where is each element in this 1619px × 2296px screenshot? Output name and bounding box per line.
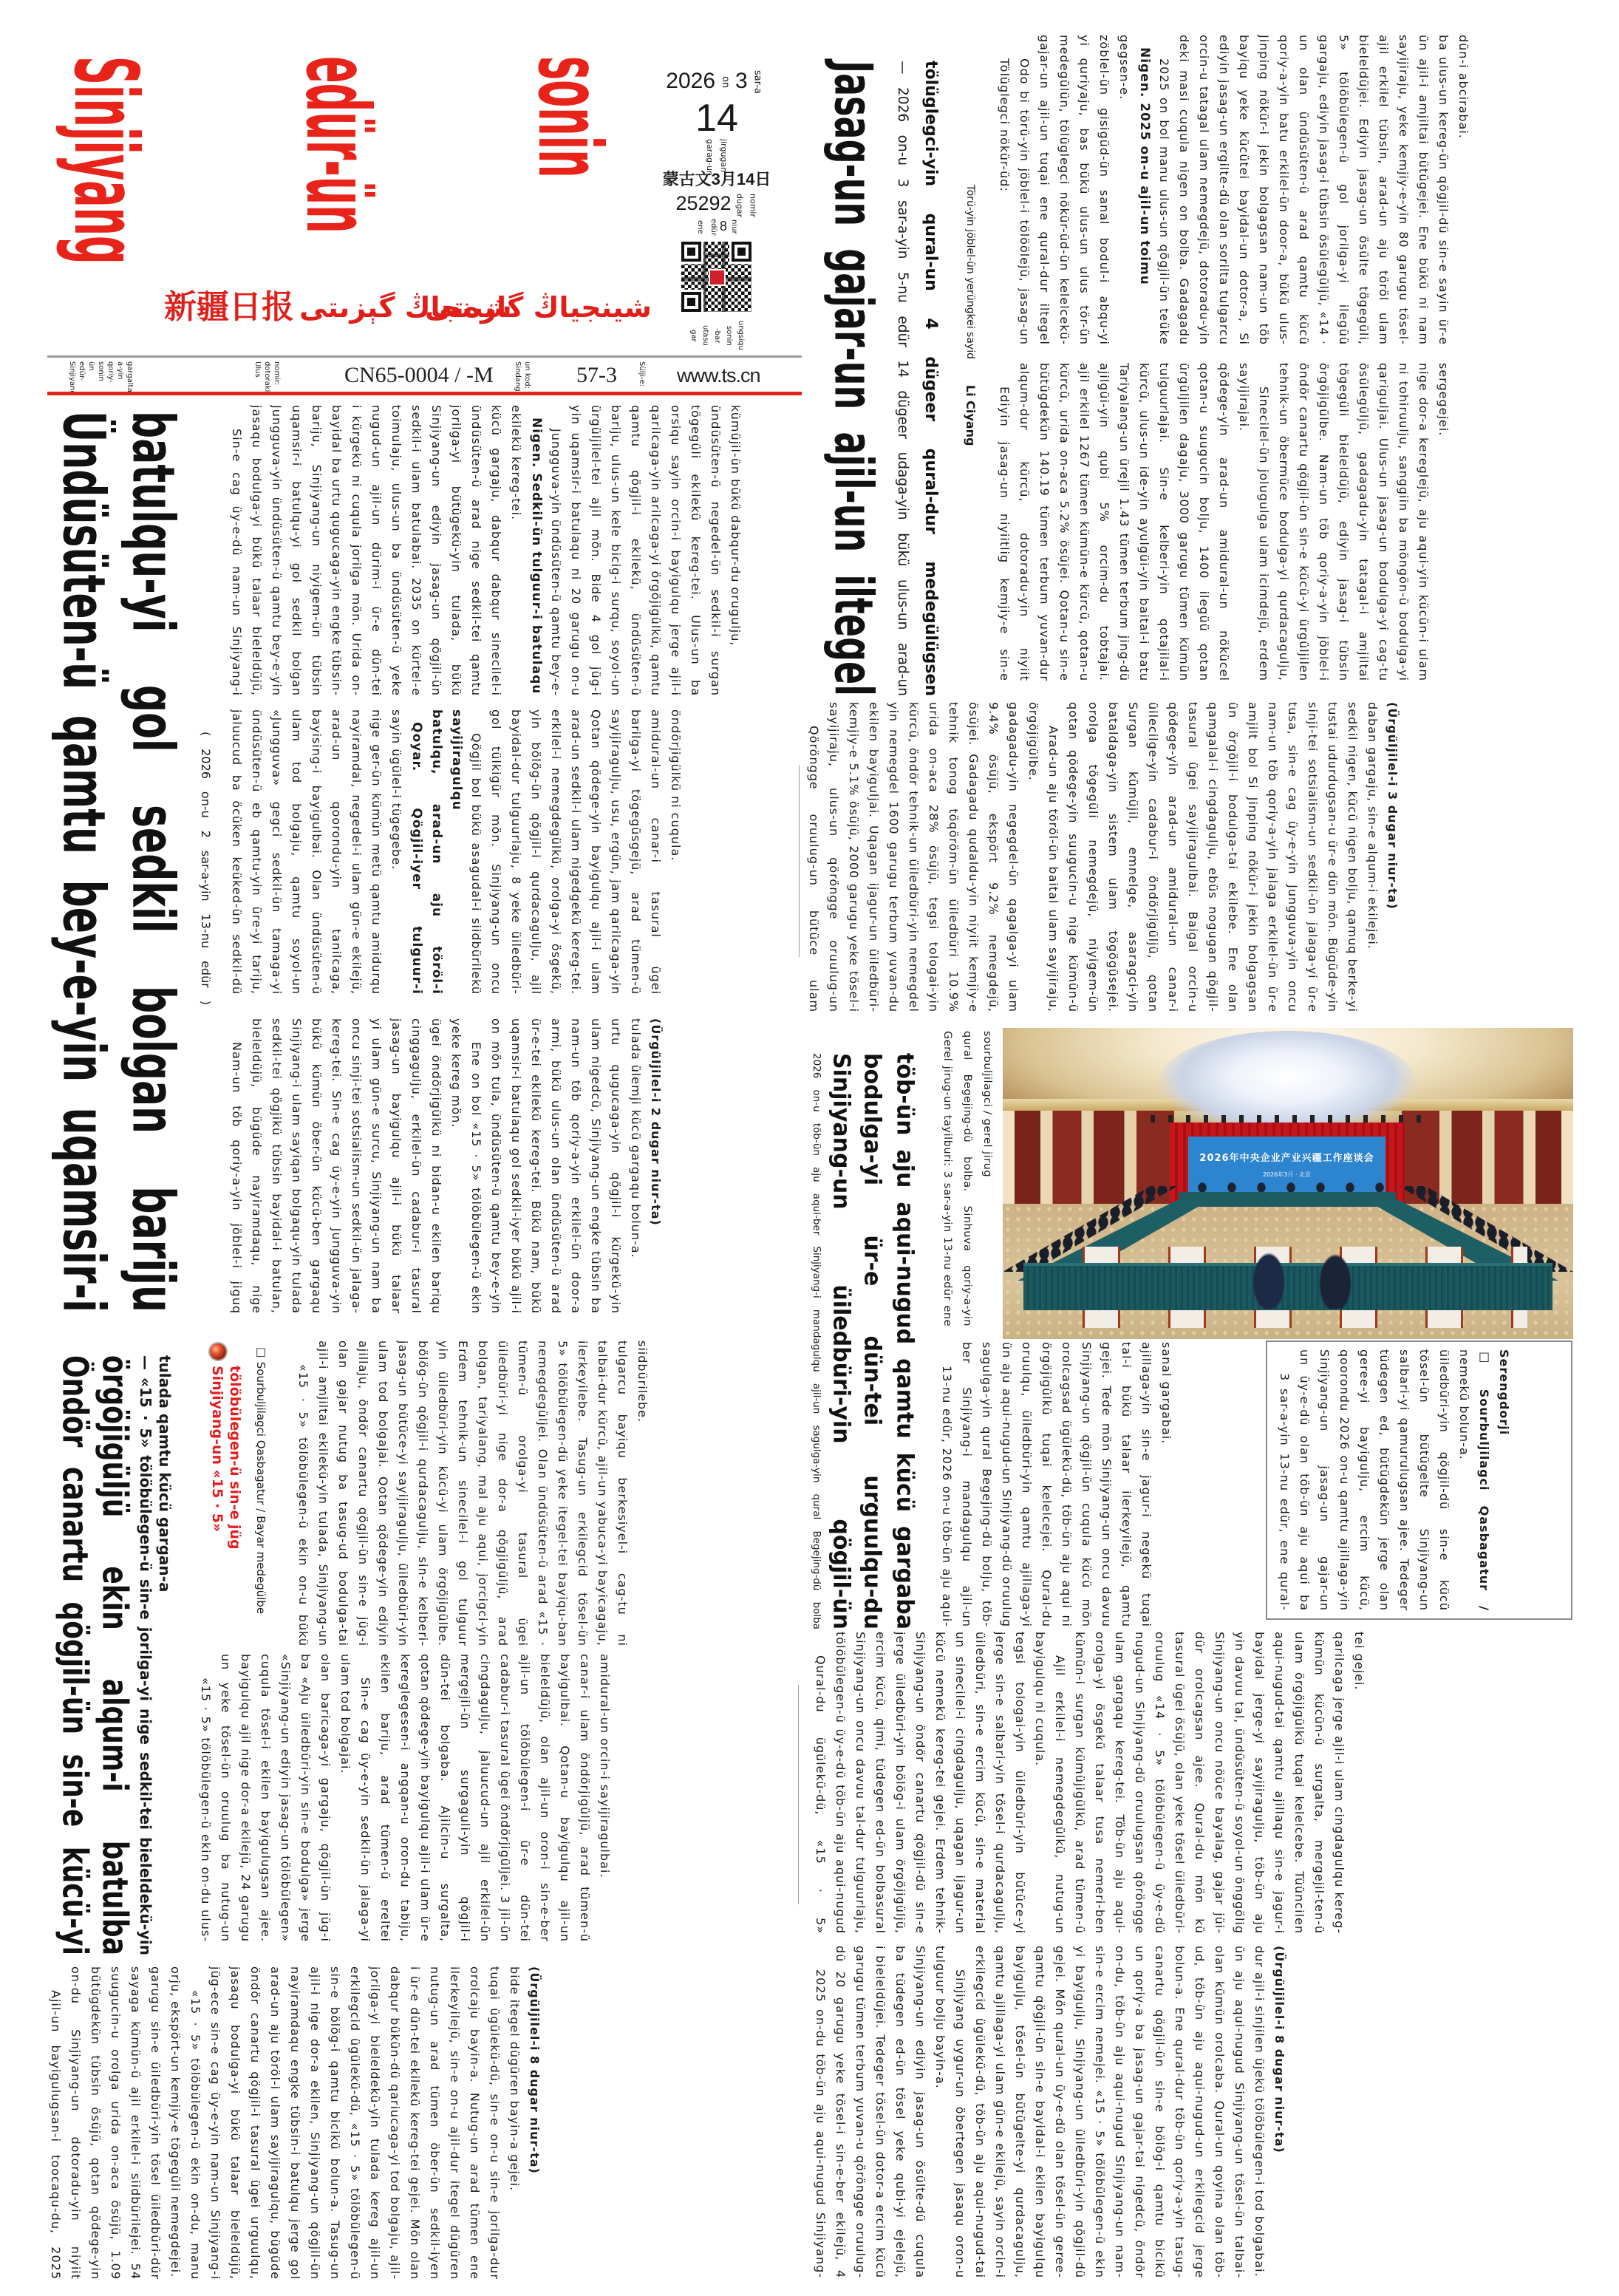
headline: töb-ün aju aqui-nugud qamtu kücü gargaba [891,1053,918,1629]
paragraph: Sinjiyang uygur-un öbertegen jasaqu oron… [950,1946,1269,2278]
subtitle: — «15 · 5» tölöbülegen-ü sin-e jorilga-y… [136,1355,176,1955]
publisher-label: Sinjiyang edür-ün sonin qoriy-a-yin garg… [67,361,222,389]
paragraph: Qögjil bol bükü asagudal-i siidbürilekü … [466,709,686,995]
byline-name: Li Ciyang [964,385,978,446]
date-day: 14 [644,98,789,139]
body-text-row: Tölüglegci nökür-üd: Odo bi törü-yin jöb… [995,35,1573,345]
body-text-row: 13-nu edür, 2026 on-u töb-ün aju aqui-be… [937,1342,1261,1627]
paragraph: 3 sar-a-yin 13-nu edür, ene qural-un üy-… [1275,1349,1474,1611]
headline: Sinjiyang-un üiledbüri-yin qögjil-ün [828,1053,854,1629]
kicker: 2026 on-u töb-ün aju aqui-ber Sinjiyang-… [808,1053,825,1629]
continued-note: (Ürgüljilel-i 8 dugar niur-ta) [525,1966,545,2280]
continued-note: (Ürgüljilel-i 3 dugar niur-ta) [1383,702,1402,1012]
body-text-row: «15 · 5» tölöbülegen-ü ekin on-du ulus-u… [196,1654,790,1942]
masthead-kazakh-name: شينجياڭ گازەتى [425,287,652,328]
paragraph: «15 · 5» tölöbülegen-ü ekin on-du ulus-u… [196,1654,355,1942]
qr-finder [681,242,701,262]
body-text-row: jaluucud ba öcüken keüked-ün sedkil-dü ü… [227,709,792,995]
masthead-title-word: Sinjiyang [58,56,152,272]
byline-title: Törü-yin jöblel-ün yerüngkei sayid [964,185,976,359]
website-url: www.ts.cn [677,362,760,389]
date-month-word: sar-a [752,67,763,97]
qr-code-icon [681,242,751,312]
subheading: Nigen. 2025 on-u ajil-un toimu [1134,35,1154,345]
photo-head-table [1179,1192,1396,1207]
paragraph: Arad-un aju töröl-ün baital ulam sayijir… [1043,702,1383,1012]
body-text-row: Ediyin jasag-un niyiitlig kemjiy-e sin-e… [995,363,1573,681]
qr-finder [732,242,751,262]
continued-note: (Ürgüljilel-i 2 dugar niur-ta) [646,1018,666,1314]
paragraph: Ajil erkilel-i nemegdegülkü, nutug-un kü… [1050,1632,1369,1934]
photo-caption: Gerel jirug-un tayilburi: 3 sar-a-yin 13… [937,1031,1001,1326]
paragraph: 2025 on-du töb-ün aju aqui-nugud Sinjiya… [811,1946,950,2278]
qr-logo-icon [709,269,726,286]
issue-word: nomir [749,194,758,216]
newspaper-front-page: Sinjiyang edür-ün sonin 新疆日报 شىنجاڭ گېزى… [0,0,1619,2296]
paragraph: «15 · 5» tölöbülegen-ü ekin on-du, manu … [185,1966,525,2280]
date-year-month: 2026on3sar-a [644,65,789,98]
date-year-word: on [720,67,731,97]
masthead: Sinjiyang edür-ün sonin 新疆日报 شىنجاڭ گېزى… [0,0,805,399]
headline: batulqu-yi gol sedkil bolgan bariju [121,411,183,1312]
weekday-word: garag-un [705,139,715,164]
qr-caption-word: ungsiqu [736,318,745,353]
masthead-title-word: sonin [522,56,616,272]
paragraph: jaluucud ba öcüken keüked-ün sedkil-dü ü… [227,709,406,995]
issue-number-value: 25292 [675,192,731,214]
masthead-title-word: edür-ün [290,56,384,272]
reporter-byline: □ Sourbuljilagci Qasbagatur / Bayar mede… [253,1345,287,1626]
qr-caption: garutasu-barsoninungsiqu [678,318,755,353]
paragraph: Qural-du ügülekü-dü, «15 · 5» tölöbülege… [811,1632,1050,1934]
headline: Öndör canartu qögjil-ün sin-e kücü-yi [55,1355,93,1955]
paragraph: Sin-e cag üy-e-dü nam-un Sinjiyang-i jas… [227,405,526,696]
subtitle: — 2026 on-u 3 sar-a-yin 5-nu edür 14 düg… [893,61,912,696]
article-date: ( 2026 on-u 2 sar-a-yin 13-nu edür ) [197,732,214,1005]
page-count-word: ene [695,218,704,236]
body-text-row: Ajil-un bayigulugsan-i toocaqu-du, 2025 … [46,1966,790,2280]
red-bullet-icon [210,1343,226,1360]
byline: Törü-yin jöblel-ün yerüngkei sayid Li Ci… [962,185,980,554]
screen-subtitle: 2026年3月 · 北京 [1188,1171,1385,1179]
headline: Ündüsüten-ü qamtu bey-e-yin uqamsir-i [52,411,114,1312]
domestic-code-label: Ulus dotoraki nomir: [253,361,334,389]
photo-stage-lights [1151,1115,1424,1123]
paragraph: Nam-un töb qoriy-a-yin jöblel-i jiguq bi… [227,1018,466,1314]
paragraph: Odo bi törü-yin jöblel-i tölöölejü, jasa… [1015,35,1134,345]
website-label: Sülji-e: [637,361,667,389]
page-count-value: 8 [720,219,727,234]
headline: Jasag-un gajar-un ajil-un iltegel [826,61,881,696]
qr-caption-word: -bar [712,318,721,353]
page-count-word: edür [709,218,718,236]
issue-number: 25292dugarnomir [644,191,789,216]
page-count: eneedür8niur [644,216,789,236]
photo-caption-text: Gerel jirug-un tayilburi: 3 sar-a-yin 13… [937,1031,997,1326]
paragraph: 2025 on bol manu ulus-un qögjil-ün teüke… [1154,35,1473,345]
subtitle-bold: tölüglegci-yin qural-un 4 dügeer qural-d… [919,61,941,696]
paragraph: «15 · 5» tölöbülegen-ü ekin on-u bükü aj… [293,1341,652,1646]
headline: bodulga-yi ür-e dün-tei urguulqu-du [859,1053,885,1629]
subheading: Nigen. Sedkil-ün tulguur-i batulaqu [526,405,546,696]
subheading: Qoyar. Qögjil-iyer tulguur-i batulqu, ar… [406,709,466,995]
date-chinese: 蒙古文3月14日 [644,168,789,191]
body-text-row: Qural-du ügülekü-dü, «15 · 5» tölöbülege… [811,1632,1573,1934]
qr-caption-word: gar [689,318,698,353]
postal-code: 57-3 [576,362,617,389]
paragraph: Tölüglegci nökür-üd: [995,35,1015,345]
date-year: 2026 [666,69,715,93]
column-divider [798,1685,799,1904]
page-count-word: niur [729,218,738,236]
column-divider [799,765,800,957]
conference-photo: 2026年中央企业产业兴疆工作座谈会 2026年3月 · 北京 [1003,1028,1573,1339]
body-text-row: Sin-e cag üy-e-dü nam-un Sinjiyang-i jas… [227,405,792,696]
qr-finder [681,292,701,312]
qr-caption-word: sonin [724,318,733,353]
box-text: 3 sar-a-yin 13-nu edür, ene qural-un üy-… [1275,1349,1564,1611]
qr-caption-word: utasu [701,318,709,353]
masthead-red-rule [47,392,802,395]
paragraph: Jungguva-yin ündüsüten-ü qamtu bey-e-yin… [546,405,746,696]
masthead-rule [47,355,802,358]
masthead-chinese-name: 新疆日报 [164,287,294,328]
photo-attendees-front [1224,1242,1372,1309]
kicker: Sinjiyang-un «15 · 5» tölöbülegen-ü sin-… [208,1366,245,1621]
headline: örgöjigüljü ekin alqum-i batulba [95,1355,133,1955]
box-signature: □ Sourbuljilagci Qasbagatur / Serengdorj… [1474,1349,1514,1611]
domestic-code: CN65-0004 / -M [344,362,494,389]
date-month: 3 [735,69,748,93]
date-block: 2026on3sar-a 14 garag-unjirgugan 蒙古文3月14… [644,65,789,236]
date-weekday: garag-unjirgugan [644,139,789,164]
paragraph: 13-nu edür, 2026 on-u töb-ün aju aqui-be… [937,1342,1176,1627]
paragraph: Ajil-un bayigulugsan-i toocaqu-du, 2025 … [46,1966,185,2280]
paragraph: Sin-e cag üy-e-yin sedkil-ün jalaga-yi e… [355,1654,615,1942]
body-text-row: Qöröngge oruulug-un bütüce ulam sayijira… [804,702,1573,1012]
related-news-box: 3 sar-a-yin 13-nu edür, ene qural-un üy-… [1266,1341,1572,1620]
body-text-row: Nam-un töb qoriy-a-yin jöblel-i jiguq bi… [227,1018,792,1314]
issue-word: dugar [735,194,745,216]
paragraph: Ediyin jasag-un niyiitlig kemjiy-e sin-e… [995,363,1254,681]
continued-note: (Ürgüljilel-i 8 dugar niur-ta) [1269,1946,1289,2278]
weekday-word: jirgugan [719,139,729,164]
body-text-row: 2025 on-du töb-ün aju aqui-nugud Sinjiya… [811,1946,1573,2278]
paragraph: Ene on bol «15 · 5» tölöbülegen-ü ekin o… [466,1018,646,1314]
body-text-row: «15 · 5» tölöbülegen-ü ekin on-u bükü aj… [293,1341,790,1646]
paragraph: Qöröngge oruulug-un bütüce ulam sayijira… [804,702,1043,1012]
paragraph: Sinecilel-ün jolugulga ulam icimdejü, er… [1254,363,1453,681]
postal-code-label: Sindang-un kod: [513,361,557,389]
screen-title: 2026年中央企业产业兴疆工作座谈会 [1188,1150,1385,1164]
